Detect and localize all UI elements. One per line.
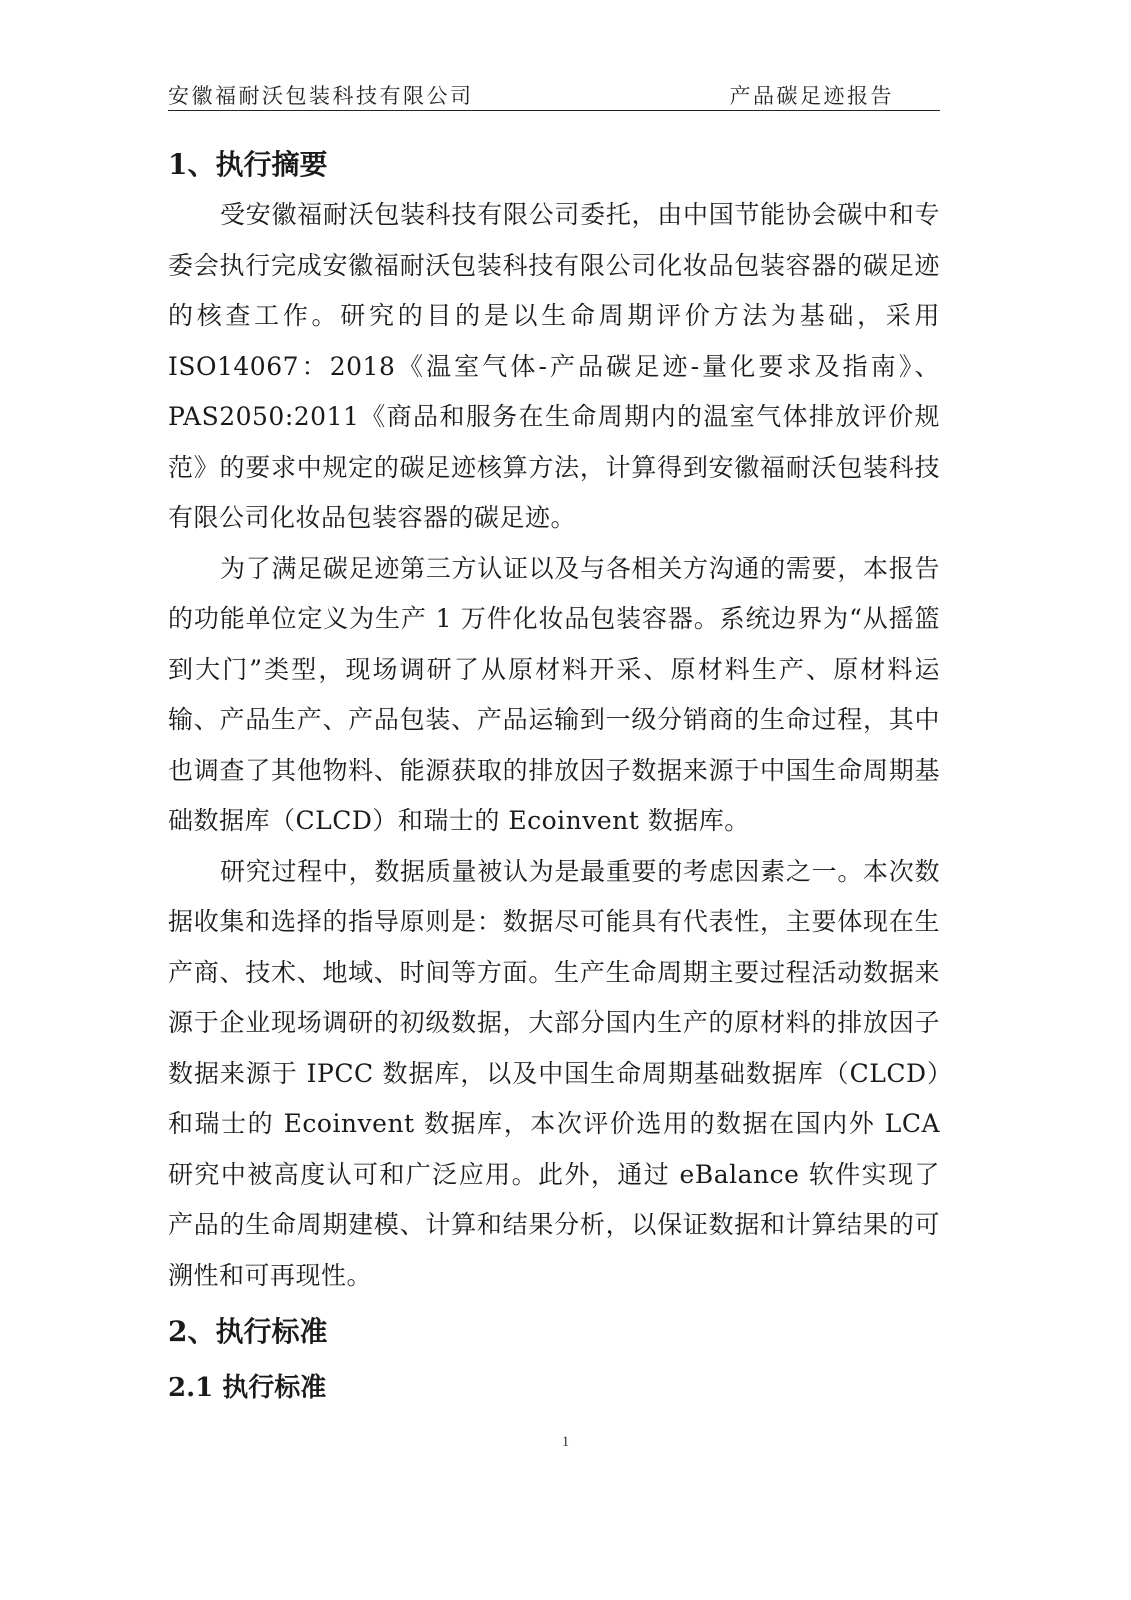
- header-company: 安徽福耐沃包装科技有限公司: [168, 80, 474, 110]
- summary-paragraph-1: 受安徽福耐沃包装科技有限公司委托，由中国节能协会碳中和专委会执行完成安徽福耐沃包…: [168, 190, 940, 544]
- summary-paragraph-3: 研究过程中，数据质量被认为是最重要的考虑因素之一。本次数据收集和选择的指导原则是…: [168, 847, 940, 1302]
- header-report-title: 产品碳足迹报告: [730, 80, 895, 110]
- page-header: 安徽福耐沃包装科技有限公司 产品碳足迹报告: [168, 78, 940, 111]
- summary-paragraph-2: 为了满足碳足迹第三方认证以及与各相关方沟通的需要，本报告的功能单位定义为生产 1…: [168, 544, 940, 847]
- page-number: 1: [0, 1434, 1131, 1451]
- section-1-title: 1、执行摘要: [168, 140, 940, 190]
- subsection-2-1-title: 2.1 执行标准: [168, 1363, 940, 1413]
- section-2-title: 2、执行标准: [168, 1307, 940, 1357]
- page-content: 1、执行摘要 受安徽福耐沃包装科技有限公司委托，由中国节能协会碳中和专委会执行完…: [168, 140, 940, 1413]
